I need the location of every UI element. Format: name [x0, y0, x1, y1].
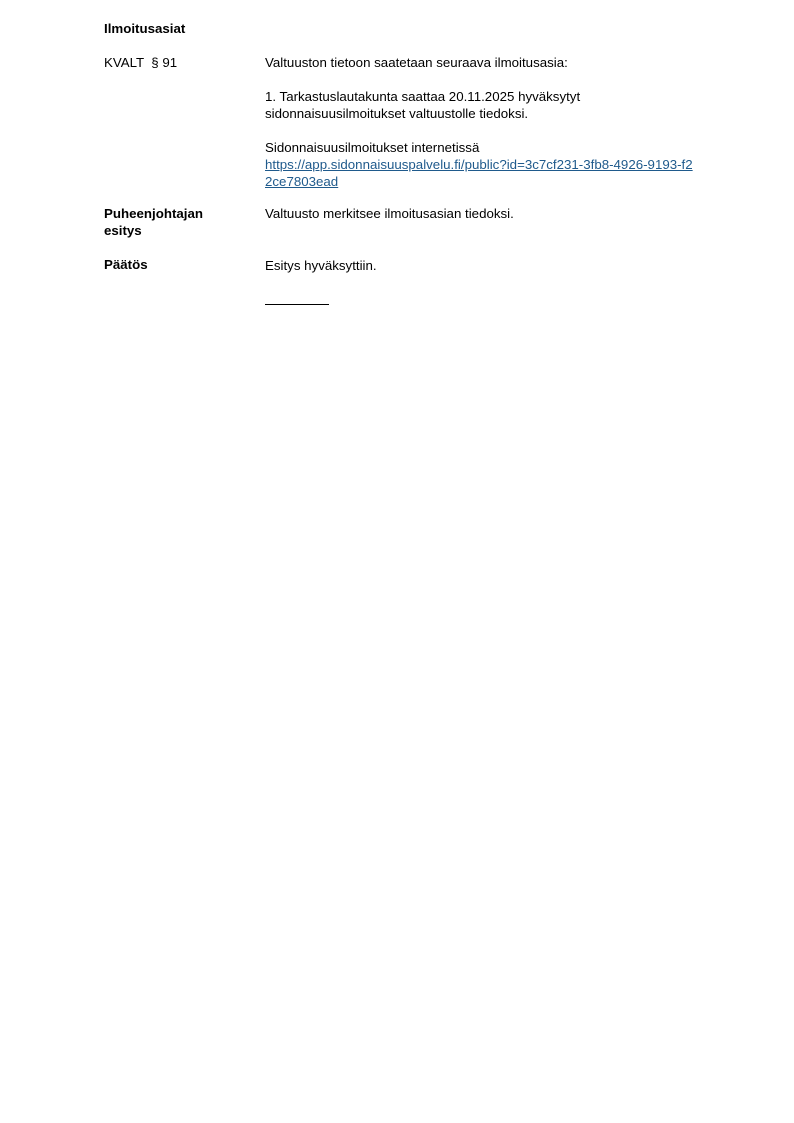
case-item-1: 1. Tarkastuslautakunta saattaa 20.11.202…	[265, 88, 695, 122]
proposal-text: Valtuusto merkitsee ilmoitusasian tiedok…	[265, 205, 695, 222]
case-content: Valtuuston tietoon saatetaan seuraava il…	[265, 54, 695, 190]
online-declarations: Sidonnaisuusilmoitukset internetissä htt…	[265, 139, 695, 190]
case-item-1-line-2: sidonnaisuusilmoitukset valtuustolle tie…	[265, 106, 528, 121]
section-heading: Ilmoitusasiat	[104, 20, 185, 37]
case-number-label: KVALT § 91	[104, 54, 254, 71]
decision-label: Päätös	[104, 256, 254, 273]
online-declarations-label: Sidonnaisuusilmoitukset internetissä	[265, 140, 479, 155]
proposal-label: Puheenjohtajan esitys	[104, 205, 229, 239]
decision-text: Esitys hyväksyttiin.	[265, 257, 695, 274]
case-intro-text: Valtuuston tietoon saatetaan seuraava il…	[265, 54, 695, 71]
case-item-1-line-1: 1. Tarkastuslautakunta saattaa 20.11.202…	[265, 89, 580, 104]
closing-divider	[265, 304, 329, 305]
declarations-link[interactable]: https://app.sidonnaisuuspalvelu.fi/publi…	[265, 157, 693, 189]
